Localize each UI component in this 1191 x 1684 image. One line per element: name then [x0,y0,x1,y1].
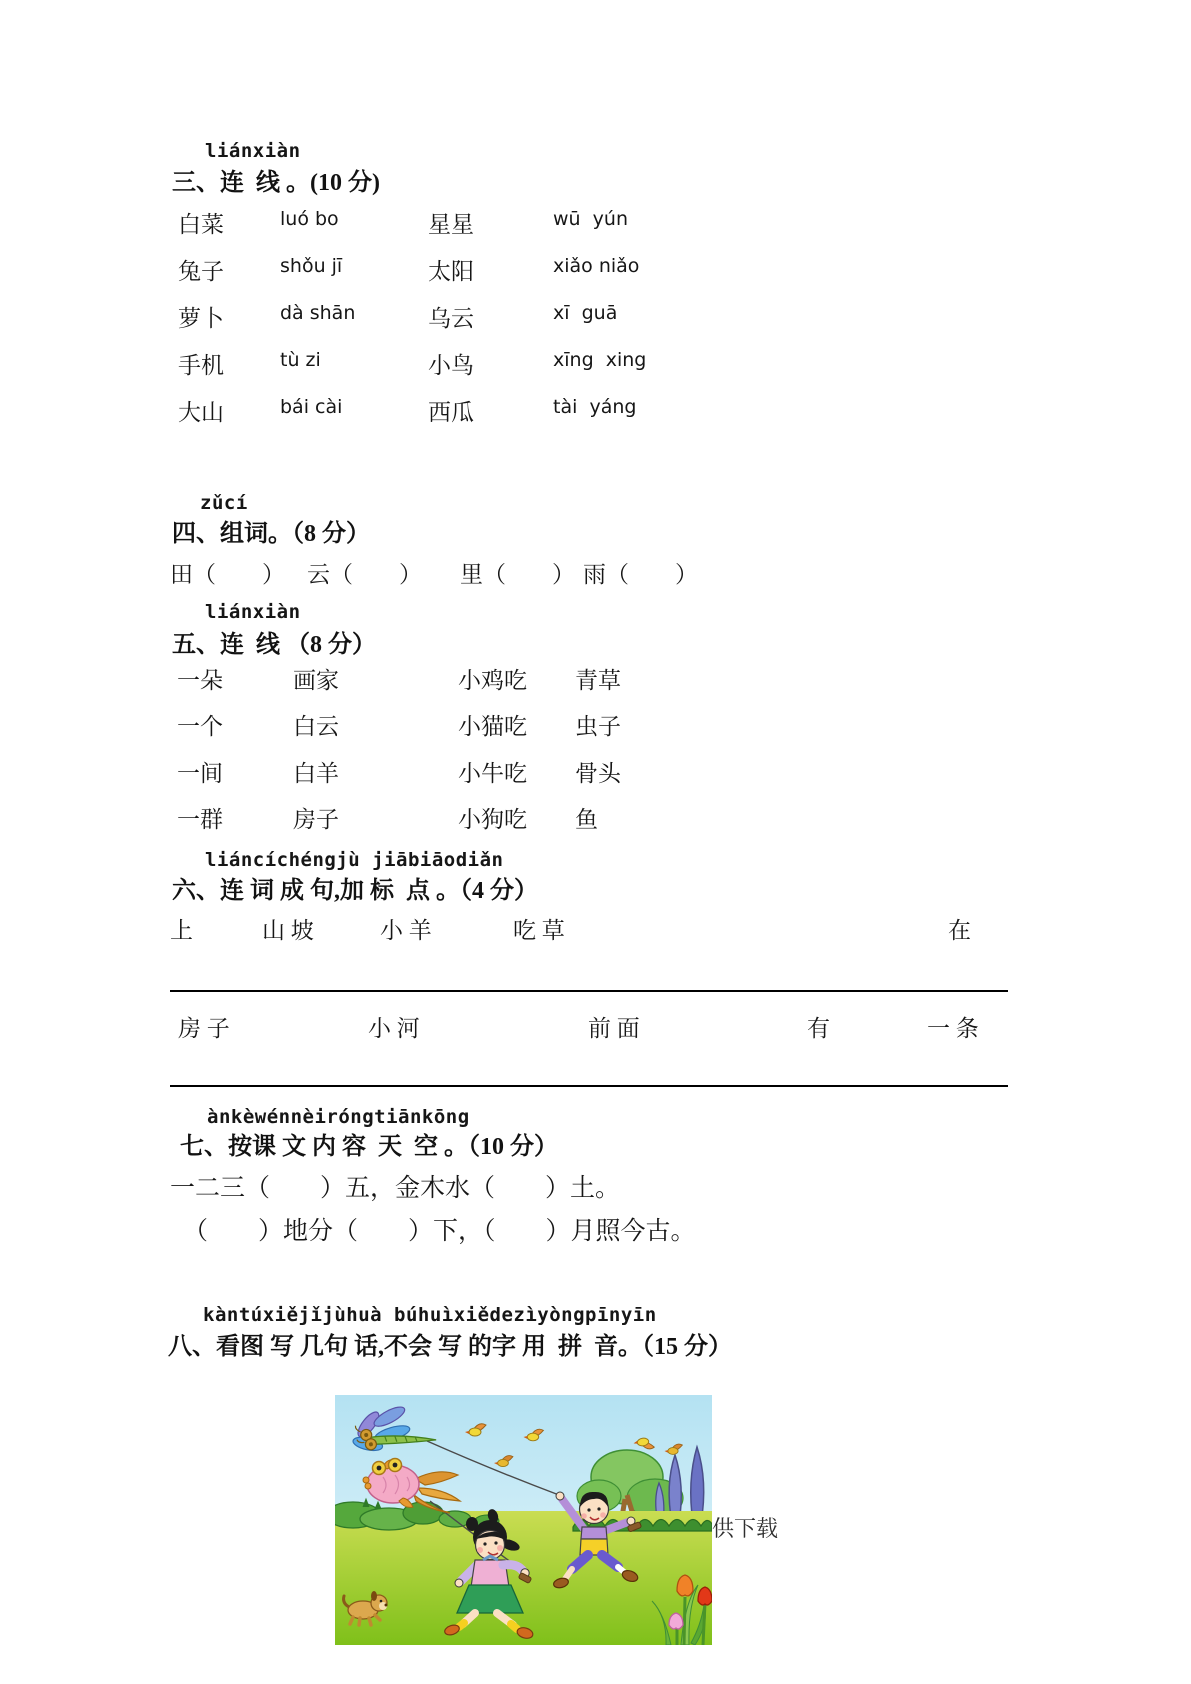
section6-title: 六、连 词 成 句,加 标 点 。（4 分） [172,870,538,905]
match-hanzi: 小狗吃 [458,801,527,834]
kite-scene-illustration [335,1395,712,1645]
match-row: 兔子 shǒu jī 太阳 xiǎo niǎo [170,253,790,285]
match-hanzi: 星星 [428,206,474,239]
match-row: 大山 bái cài 西瓜 tài yáng [170,394,790,426]
match-hanzi: 一个 [177,708,223,741]
match-hanzi: 白菜 [178,206,224,239]
section8-pinyin: kàntúxiějǐjùhuà búhuìxiědezìyòngpīnyīn [203,1304,657,1326]
match-row: 白菜 luó bo 星星 wū yún [170,206,790,238]
match-hanzi: 一间 [177,755,223,788]
match-row: 手机 tù zi 小鸟 xīng xing [170,347,790,379]
match-hanzi: 画家 [293,662,339,695]
word-blank: 里（ ） [460,556,575,589]
match-pinyin: tài yáng [553,396,636,418]
match-hanzi: 小牛吃 [458,755,527,788]
scrambled-word: 吃 草 [513,912,565,945]
scrambled-word: 在 [948,912,971,945]
match-pinyin: bái cài [280,396,342,418]
word-blank: 田（ ） [170,556,285,589]
watermark-text: 供下载 [712,1512,778,1543]
match-hanzi: 一朵 [177,662,223,695]
scrambled-word: 山 坡 [262,912,314,945]
match-pinyin: dà shān [280,302,355,324]
match-hanzi: 鱼 [575,801,598,834]
word-formation-row: 田（ ） 云（ ） 里（ ） 雨（ ） [170,556,1030,588]
match-row: 萝卜 dà shān 乌云 xī guā [170,300,790,332]
worksheet-page: liánxiàn 三、连 线 。(10 分) 白菜 luó bo 星星 wū y… [0,0,1191,1684]
section5-title: 五、连 线 （8 分） [172,624,376,659]
answer-line[interactable] [170,1085,1008,1087]
scrambled-word: 上 [170,912,193,945]
section6-pinyin: liáncíchéngjù jiābiāodiǎn [205,849,503,871]
match-pinyin: xiǎo niǎo [553,255,639,277]
match-hanzi: 小猫吃 [458,708,527,741]
match-hanzi: 白羊 [293,755,339,788]
sentence-words-row: 上 山 坡 小 羊 吃 草 在 [170,912,1030,944]
section7-title: 七、按课 文 内 容 天 空 。（10 分） [180,1126,558,1161]
section4-pinyin: zǔcí [200,492,248,514]
answer-line[interactable] [170,990,1008,992]
scrambled-word: 小 河 [368,1010,420,1043]
match-hanzi: 太阳 [428,253,474,286]
match-row: 一群 房子 小狗吃 鱼 [170,801,790,833]
fill-blank-line: 一二三（ ）五，金木水（ ）土。 [170,1168,620,1204]
sentence-words-row: 房 子 小 河 前 面 有 一 条 [170,1010,1030,1042]
fill-blank-line: （ ）地分（ ）下，（ ）月照今古。 [183,1211,696,1247]
match-hanzi: 青草 [575,662,621,695]
section4-title: 四、组词。（8 分） [172,513,370,548]
match-pinyin: luó bo [280,208,339,230]
scrambled-word: 小 羊 [380,912,432,945]
match-row: 一个 白云 小猫吃 虫子 [170,708,790,740]
section3-pinyin: liánxiàn [205,140,301,162]
section8-title: 八、看图 写 几句 话,不会 写 的字 用 拼 音。（15 分） [168,1326,732,1361]
match-hanzi: 西瓜 [428,394,474,427]
word-blank: 云（ ） [307,556,422,589]
match-pinyin: xīng xing [553,349,646,371]
match-hanzi: 乌云 [428,300,474,333]
match-hanzi: 白云 [293,708,339,741]
match-hanzi: 一群 [177,801,223,834]
section3-title: 三、连 线 。(10 分) [172,162,380,197]
match-hanzi: 萝卜 [178,300,224,333]
scrambled-word: 房 子 [178,1010,230,1043]
section7-pinyin: ànkèwénnèiróngtiānkōng [207,1106,470,1128]
match-hanzi: 骨头 [575,755,621,788]
match-hanzi: 虫子 [575,708,621,741]
scrambled-word: 前 面 [588,1010,640,1043]
match-pinyin: tù zi [280,349,321,371]
match-hanzi: 房子 [293,801,339,834]
match-hanzi: 小鸡吃 [458,662,527,695]
match-pinyin: shǒu jī [280,255,342,277]
scrambled-word: 一 条 [927,1010,979,1043]
word-blank: 雨（ ） [583,556,698,589]
section5-pinyin: liánxiàn [205,601,301,623]
match-hanzi: 小鸟 [428,347,474,380]
match-pinyin: wū yún [553,208,628,230]
match-row: 一间 白羊 小牛吃 骨头 [170,755,790,787]
match-hanzi: 大山 [178,394,224,427]
match-hanzi: 手机 [178,347,224,380]
match-pinyin: xī guā [553,302,617,324]
match-hanzi: 兔子 [178,253,224,286]
match-row: 一朵 画家 小鸡吃 青草 [170,662,790,694]
scrambled-word: 有 [807,1010,830,1043]
